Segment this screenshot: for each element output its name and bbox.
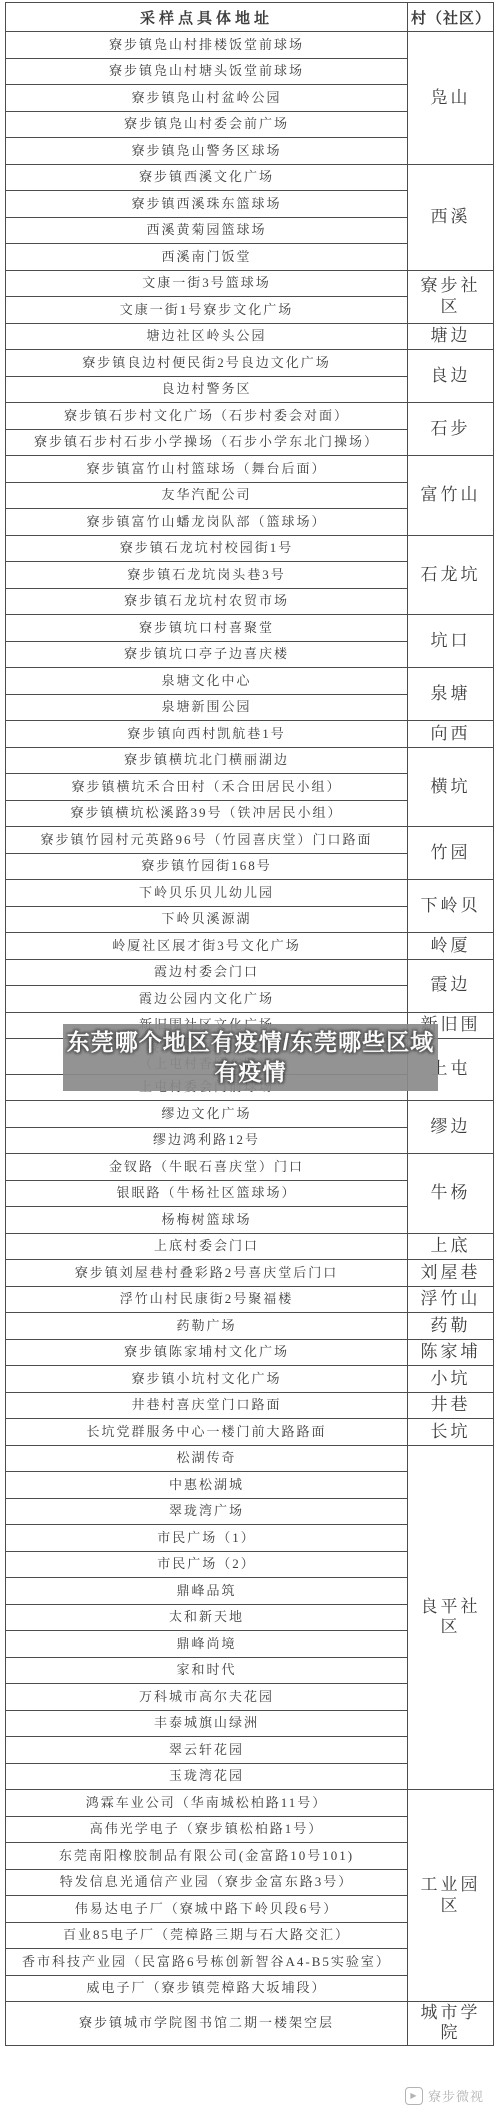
address-cell: 西溪黄菊园篮球场 xyxy=(6,217,408,244)
address-cell: 市民广场（2） xyxy=(6,1551,408,1578)
village-cell: 药勒 xyxy=(408,1313,494,1340)
table-row: 金钗路（牛眠石喜庆堂）门口牛杨 xyxy=(6,1154,494,1181)
village-cell: 陈家埔 xyxy=(408,1339,494,1366)
address-cell: 寮步镇凫山村塘头饭堂前球场 xyxy=(6,58,408,85)
address-cell: 东莞南阳橡胶制品有限公司(金富路10号101) xyxy=(6,1843,408,1870)
address-cell: 寮步镇良边村便民街2号良边文化广场 xyxy=(6,350,408,377)
village-cell: 刘屋巷 xyxy=(408,1260,494,1287)
table-row: 松湖传奇良平社区 xyxy=(6,1445,494,1472)
address-cell: 金钗路（牛眠石喜庆堂）门口 xyxy=(6,1154,408,1181)
village-cell: 牛杨 xyxy=(408,1154,494,1234)
village-cell: 浮竹山 xyxy=(408,1286,494,1313)
address-cell: 寮步镇石龙坑村农贸市场 xyxy=(6,588,408,615)
address-cell: 家和时代 xyxy=(6,1657,408,1684)
table-row: 药勒广场药勒 xyxy=(6,1313,494,1340)
address-cell: 下岭贝溪源湖 xyxy=(6,906,408,933)
table-row: 文康一街3号篮球场寮步社区 xyxy=(6,270,494,297)
address-cell: 霞边村委会门口 xyxy=(6,959,408,986)
table-row: 缪边文化广场缪边 xyxy=(6,1101,494,1128)
address-cell: 丰泰城旗山绿洲 xyxy=(6,1710,408,1737)
address-cell: 百业85电子厂（莞樟路三期与石大路交汇） xyxy=(6,1922,408,1949)
village-cell: 井巷 xyxy=(408,1392,494,1419)
address-cell: 寮步镇石龙坑岗头巷3号 xyxy=(6,562,408,589)
address-cell: 塘边社区岭头公园 xyxy=(6,323,408,350)
address-cell: 寮步镇石龙坑村校园街1号 xyxy=(6,535,408,562)
address-cell: 松湖传奇 xyxy=(6,1445,408,1472)
address-cell: 寮步镇横坑松溪路39号（铁冲居民小组） xyxy=(6,800,408,827)
address-cell: 寮步镇向西村凯航巷1号 xyxy=(6,721,408,748)
address-cell: 霞边公园内文化广场 xyxy=(6,986,408,1013)
address-cell: 泉塘文化中心 xyxy=(6,668,408,695)
address-cell: 中惠松湖城 xyxy=(6,1472,408,1499)
address-cell: 寮步镇凫山警务区球场 xyxy=(6,138,408,165)
address-cell: 威电子厂（寮步镇莞樟路大坂埔段） xyxy=(6,1975,408,2002)
watermark: ▶ 寮步微视 xyxy=(405,2086,484,2105)
address-cell: 文康一街1号寮步文化广场 xyxy=(6,297,408,324)
table-row: 井巷村喜庆堂门口路面井巷 xyxy=(6,1392,494,1419)
address-cell: 寮步镇富竹山蟠龙岗队部（篮球场） xyxy=(6,509,408,536)
village-cell: 上底 xyxy=(408,1233,494,1260)
village-cell: 富竹山 xyxy=(408,456,494,536)
address-cell: 高伟光学电子（寮步镇松柏路1号） xyxy=(6,1816,408,1843)
address-cell: 翠云轩花园 xyxy=(6,1737,408,1764)
village-cell: 石步 xyxy=(408,403,494,456)
table-row: 鸿霖车业公司（华南城松柏路11号）工业园区 xyxy=(6,1790,494,1817)
address-cell: 寮步镇富竹山村篮球场（舞台后面） xyxy=(6,456,408,483)
table-row: 寮步镇良边村便民街2号良边文化广场良边 xyxy=(6,350,494,377)
address-cell: 特发信息光通信产业园（寮步金富东路3号） xyxy=(6,1869,408,1896)
address-cell: 寮步镇凫山村盆岭公园 xyxy=(6,85,408,112)
village-cell: 缪边 xyxy=(408,1101,494,1154)
village-cell: 横坑 xyxy=(408,747,494,827)
address-cell: 香市科技产业园（民富路6号栋创新智谷A4-B5实验室） xyxy=(6,1949,408,1976)
table-row: 浮竹山村民康街2号聚福楼浮竹山 xyxy=(6,1286,494,1313)
table-row: 寮步镇富竹山村篮球场（舞台后面）富竹山 xyxy=(6,456,494,483)
address-cell: 寮步镇西溪文化广场 xyxy=(6,164,408,191)
address-cell: 友华汽配公司 xyxy=(6,482,408,509)
address-cell: 寮步镇坑口村喜聚堂 xyxy=(6,615,408,642)
address-cell: 寮步镇凫山村委会前广场 xyxy=(6,111,408,138)
address-cell: 文康一街3号篮球场 xyxy=(6,270,408,297)
address-cell: 寮步镇城市学院图书馆二期一楼架空层 xyxy=(6,2002,408,2046)
table-row: 寮步镇小坑村文化广场小坑 xyxy=(6,1366,494,1393)
overlay-title-line1: 东莞哪个地区有疫情/东莞哪些区域 xyxy=(63,1027,438,1057)
address-cell: 上底村委会门口 xyxy=(6,1233,408,1260)
address-cell: 寮步镇竹园村元英路96号（竹园喜庆堂）门口路面 xyxy=(6,827,408,854)
village-cell: 竹园 xyxy=(408,827,494,880)
village-cell: 岭厦 xyxy=(408,933,494,960)
village-cell: 小坑 xyxy=(408,1366,494,1393)
table-row: 寮步镇城市学院图书馆二期一楼架空层城市学院 xyxy=(6,2002,494,2046)
village-cell: 下岭贝 xyxy=(408,880,494,933)
table-row: 塘边社区岭头公园塘边 xyxy=(6,323,494,350)
village-cell: 霞边 xyxy=(408,959,494,1012)
address-column-header: 采样点具体地址 xyxy=(6,3,408,32)
table-row: 寮步镇陈家埔村文化广场陈家埔 xyxy=(6,1339,494,1366)
table-row: 寮步镇坑口村喜聚堂坑口 xyxy=(6,615,494,642)
address-cell: 寮步镇横坑北门横丽湖边 xyxy=(6,747,408,774)
village-cell: 寮步社区 xyxy=(408,270,494,323)
address-cell: 寮步镇小坑村文化广场 xyxy=(6,1366,408,1393)
address-cell: 翠珑湾广场 xyxy=(6,1498,408,1525)
village-cell: 长坑 xyxy=(408,1419,494,1446)
address-cell: 寮步镇横坑禾合田村（禾合田居民小组） xyxy=(6,774,408,801)
address-cell: 万科城市高尔夫花园 xyxy=(6,1684,408,1711)
address-cell: 泉塘新围公园 xyxy=(6,694,408,721)
overlay-title-line2: 有疫情 xyxy=(63,1057,438,1087)
table-row: 下岭贝乐贝儿幼儿园下岭贝 xyxy=(6,880,494,907)
table-row: 岭厦社区展才街3号文化广场岭厦 xyxy=(6,933,494,960)
table-row: 寮步镇石步村文化广场（石步村委会对面）石步 xyxy=(6,403,494,430)
village-cell: 良平社区 xyxy=(408,1445,494,1790)
village-cell: 凫山 xyxy=(408,32,494,165)
address-cell: 岭厦社区展才街3号文化广场 xyxy=(6,933,408,960)
address-cell: 井巷村喜庆堂门口路面 xyxy=(6,1392,408,1419)
address-cell: 下岭贝乐贝儿幼儿园 xyxy=(6,880,408,907)
table-row: 寮步镇西溪文化广场西溪 xyxy=(6,164,494,191)
epidemic-title-overlay: 东莞哪个地区有疫情/东莞哪些区域 有疫情 xyxy=(63,1024,438,1091)
table-row: 泉塘文化中心泉塘 xyxy=(6,668,494,695)
address-cell: 太和新天地 xyxy=(6,1604,408,1631)
address-cell: 银眠路（牛杨社区篮球场） xyxy=(6,1180,408,1207)
address-cell: 寮步镇石步村石步小学操场（石步小学东北门操场） xyxy=(6,429,408,456)
address-cell: 玉珑湾花园 xyxy=(6,1763,408,1790)
address-cell: 伟易达电子厂（寮城中路下岭贝段6号） xyxy=(6,1896,408,1923)
table-row: 寮步镇刘屋巷村叠彩路2号喜庆堂后门口刘屋巷 xyxy=(6,1260,494,1287)
village-cell: 泉塘 xyxy=(408,668,494,721)
play-icon: ▶ xyxy=(405,2087,423,2105)
table-row: 寮步镇竹园村元英路96号（竹园喜庆堂）门口路面竹园 xyxy=(6,827,494,854)
table-row: 霞边村委会门口霞边 xyxy=(6,959,494,986)
address-cell: 缪边鸿利路12号 xyxy=(6,1127,408,1154)
table-row: 寮步镇凫山村排楼饭堂前球场凫山 xyxy=(6,32,494,59)
address-cell: 寮步镇西溪珠东篮球场 xyxy=(6,191,408,218)
address-cell: 鸿霖车业公司（华南城松柏路11号） xyxy=(6,1790,408,1817)
address-cell: 良边村警务区 xyxy=(6,376,408,403)
address-cell: 缪边文化广场 xyxy=(6,1101,408,1128)
table-row: 上底村委会门口上底 xyxy=(6,1233,494,1260)
village-cell: 坑口 xyxy=(408,615,494,668)
table-row: 寮步镇横坑北门横丽湖边横坑 xyxy=(6,747,494,774)
table-row: 寮步镇向西村凯航巷1号向西 xyxy=(6,721,494,748)
address-cell: 浮竹山村民康街2号聚福楼 xyxy=(6,1286,408,1313)
address-cell: 寮步镇陈家埔村文化广场 xyxy=(6,1339,408,1366)
village-column-header: 村（社区） xyxy=(408,3,494,32)
village-cell: 良边 xyxy=(408,350,494,403)
address-cell: 市民广场（1） xyxy=(6,1525,408,1552)
village-cell: 西溪 xyxy=(408,164,494,270)
address-cell: 长坑党群服务中心一楼门前大路路面 xyxy=(6,1419,408,1446)
table-row: 长坑党群服务中心一楼门前大路路面长坑 xyxy=(6,1419,494,1446)
address-cell: 西溪南门饭堂 xyxy=(6,244,408,271)
header-row: 采样点具体地址 村（社区） xyxy=(6,3,494,32)
address-cell: 寮步镇刘屋巷村叠彩路2号喜庆堂后门口 xyxy=(6,1260,408,1287)
village-cell: 石龙坑 xyxy=(408,535,494,615)
address-cell: 鼎峰尚境 xyxy=(6,1631,408,1658)
village-cell: 塘边 xyxy=(408,323,494,350)
village-cell: 向西 xyxy=(408,721,494,748)
address-cell: 鼎峰品筑 xyxy=(6,1578,408,1605)
table-row: 寮步镇石龙坑村校园街1号石龙坑 xyxy=(6,535,494,562)
address-cell: 寮步镇坑口亭子边喜庆楼 xyxy=(6,641,408,668)
village-cell: 城市学院 xyxy=(408,2002,494,2046)
address-cell: 杨梅树篮球场 xyxy=(6,1207,408,1234)
village-cell: 工业园区 xyxy=(408,1790,494,2002)
watermark-label: 寮步微视 xyxy=(428,2086,484,2105)
address-cell: 寮步镇石步村文化广场（石步村委会对面） xyxy=(6,403,408,430)
address-cell: 寮步镇竹园街168号 xyxy=(6,853,408,880)
address-cell: 寮步镇凫山村排楼饭堂前球场 xyxy=(6,32,408,59)
address-cell: 药勒广场 xyxy=(6,1313,408,1340)
